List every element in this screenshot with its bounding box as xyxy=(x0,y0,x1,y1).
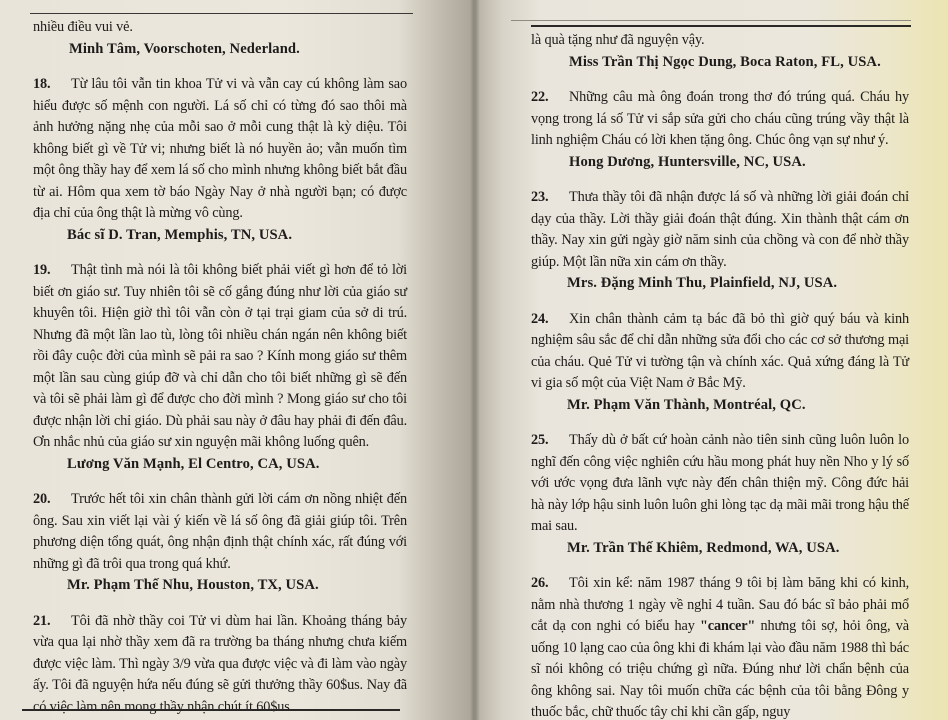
entry-number: 19. xyxy=(33,260,71,282)
right-page: là quà tặng như đã nguyện vậy. Miss Trần… xyxy=(474,0,948,720)
entry-text: Trước hết tôi xin chân thành gửi lời cám… xyxy=(33,491,407,572)
testimonial-21: 21.Tôi đã nhờ thầy coi Tử vi dùm hai lần… xyxy=(33,611,407,719)
continuation-text: nhiều điều vui vẻ. xyxy=(33,17,407,39)
bottom-rule xyxy=(22,709,400,711)
entry-text: Thưa thầy tôi đã nhận được lá số và nhữn… xyxy=(531,189,909,270)
testimonial-26: 26.Tôi xin kể: năm 1987 tháng 9 tôi bị l… xyxy=(531,573,909,720)
entry-number: 20. xyxy=(33,489,71,511)
signature: Bác sĩ D. Tran, Memphis, TN, USA. xyxy=(33,225,407,247)
testimonial-18: 18.Từ lâu tôi vẫn tin khoa Tử vi và vẫn … xyxy=(33,74,407,225)
entry-number: 25. xyxy=(531,430,569,452)
testimonial-20: 20.Trước hết tôi xin chân thành gửi lời … xyxy=(33,489,407,575)
testimonial-24: 24.Xin chân thành cảm tạ bác đã bỏ thì g… xyxy=(531,309,909,395)
testimonial-22: 22.Những câu mà ông đoán trong thơ đó tr… xyxy=(531,87,909,152)
entry-number: 24. xyxy=(531,309,569,331)
entry-text: Từ lâu tôi vẫn tin khoa Tử vi và vẫn cay… xyxy=(33,76,407,221)
entry-text: Thật tình mà nói là tôi không biết phải … xyxy=(33,262,407,450)
top-rule-thin xyxy=(511,20,911,21)
signature: Minh Tâm, Voorschoten, Nederland. xyxy=(33,39,407,61)
continuation-text: là quà tặng như đã nguyện vậy. xyxy=(531,30,909,52)
signature: Mr. Phạm Thế Nhu, Houston, TX, USA. xyxy=(33,575,407,597)
top-rule xyxy=(531,25,911,27)
signature: Mr. Phạm Văn Thành, Montréal, QC. xyxy=(531,395,909,417)
left-page-text: nhiều điều vui vẻ. Minh Tâm, Voorschoten… xyxy=(33,17,407,718)
entry-number: 26. xyxy=(531,573,569,595)
entry-number: 18. xyxy=(33,74,71,96)
entry-number: 21. xyxy=(33,611,71,633)
testimonial-19: 19.Thật tình mà nói là tôi không biết ph… xyxy=(33,260,407,454)
left-page: nhiều điều vui vẻ. Minh Tâm, Voorschoten… xyxy=(0,0,474,720)
entry-number: 23. xyxy=(531,187,569,209)
top-rule xyxy=(30,13,413,14)
book-spread: nhiều điều vui vẻ. Minh Tâm, Voorschoten… xyxy=(0,0,948,720)
right-page-text: là quà tặng như đã nguyện vậy. Miss Trần… xyxy=(531,30,909,720)
testimonial-25: 25.Thấy dù ở bất cứ hoàn cảnh nào tiên s… xyxy=(531,430,909,538)
signature: Mrs. Đặng Minh Thu, Plainfield, NJ, USA. xyxy=(531,273,909,295)
signature: Lương Văn Mạnh, El Centro, CA, USA. xyxy=(33,454,407,476)
entry-number: 22. xyxy=(531,87,569,109)
signature: Miss Trần Thị Ngọc Dung, Boca Raton, FL,… xyxy=(531,52,909,74)
entry-text: Thấy dù ở bất cứ hoàn cảnh nào tiên sinh… xyxy=(531,432,909,534)
signature: Hong Dương, Huntersville, NC, USA. xyxy=(531,152,909,174)
testimonial-23: 23.Thưa thầy tôi đã nhận được lá số và n… xyxy=(531,187,909,273)
entry-text: Xin chân thành cảm tạ bác đã bỏ thì giờ … xyxy=(531,311,909,392)
entry-text: Tôi đã nhờ thầy coi Tử vi dùm hai lần. K… xyxy=(33,613,407,715)
entry-text: Những câu mà ông đoán trong thơ đó trúng… xyxy=(531,89,909,148)
signature: Mr. Trần Thế Khiêm, Redmond, WA, USA. xyxy=(531,538,909,560)
emphasized-word: "cancer" xyxy=(700,618,755,634)
